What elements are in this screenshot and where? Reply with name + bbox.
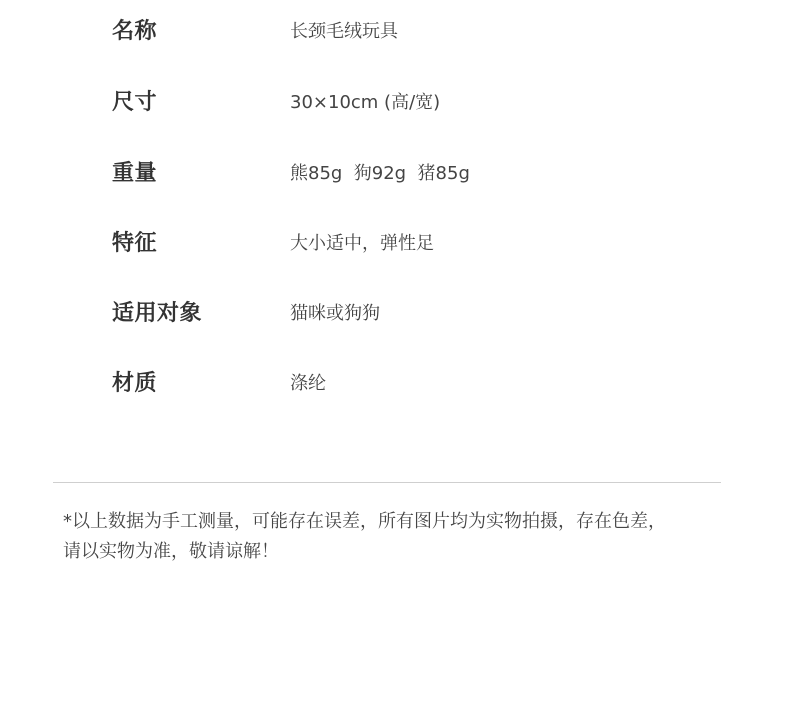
- spec-row-material: 材质 涤纶: [0, 364, 790, 404]
- spec-label: 适用对象: [112, 294, 202, 334]
- spec-value: 30×10cm (高/宽): [290, 83, 440, 123]
- spec-value: 涤纶: [290, 364, 326, 404]
- spec-row-feature: 特征 大小适中，弹性足: [0, 224, 790, 264]
- disclaimer-footnote: *以上数据为手工测量，可能存在误差，所有图片均为实物拍摄，存在色差， 请以实物为…: [63, 507, 743, 567]
- divider: [53, 482, 721, 483]
- spec-label: 重量: [112, 154, 157, 194]
- footnote-line-2: 请以实物为准，敬请谅解！: [63, 537, 743, 567]
- spec-label: 特征: [112, 224, 157, 264]
- spec-row-name: 名称 长颈毛绒玩具: [0, 12, 790, 52]
- spec-label: 尺寸: [112, 83, 157, 123]
- footnote-line-1: *以上数据为手工测量，可能存在误差，所有图片均为实物拍摄，存在色差，: [63, 507, 743, 537]
- spec-row-weight: 重量 熊85g 狗92g 猪85g: [0, 154, 790, 194]
- spec-value: 长颈毛绒玩具: [290, 12, 398, 52]
- spec-label: 材质: [112, 364, 157, 404]
- spec-row-target: 适用对象 猫咪或狗狗: [0, 294, 790, 334]
- spec-value: 熊85g 狗92g 猪85g: [290, 154, 470, 194]
- spec-value: 猫咪或狗狗: [290, 294, 380, 334]
- spec-row-size: 尺寸 30×10cm (高/宽): [0, 83, 790, 123]
- spec-label: 名称: [112, 12, 157, 52]
- spec-value: 大小适中，弹性足: [290, 224, 434, 264]
